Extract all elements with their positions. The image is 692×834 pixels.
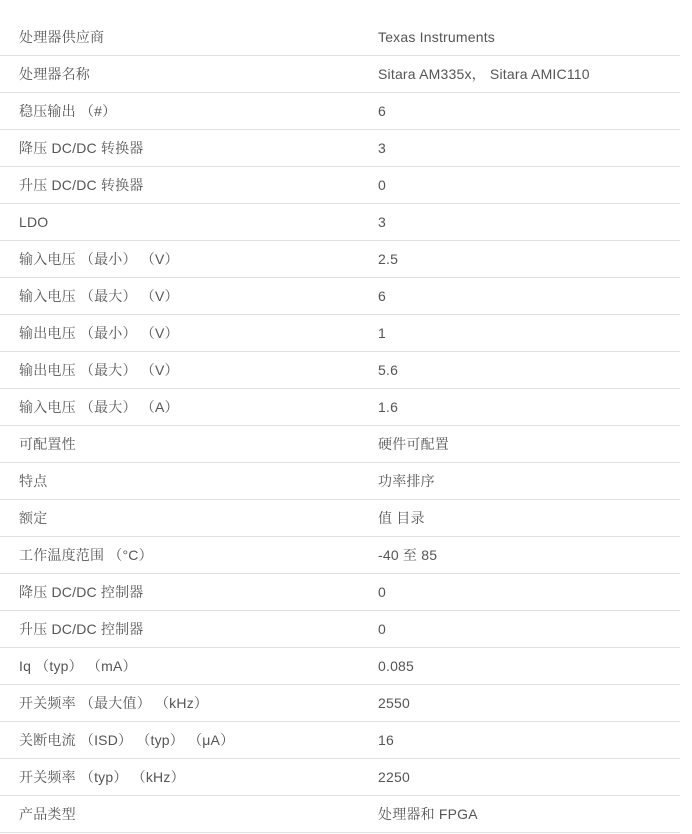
spec-table-row: 稳压输出 （#） 6 <box>0 93 680 130</box>
spec-value: 2.5 <box>378 251 680 267</box>
spec-label: 可配置性 <box>0 434 378 454</box>
spec-label: 输出电压 （最大） （V） <box>0 360 378 380</box>
spec-label: 升压 DC/DC 转换器 <box>0 175 378 195</box>
spec-value: 0 <box>378 621 680 637</box>
spec-table-row: 降压 DC/DC 转换器 3 <box>0 130 680 167</box>
spec-label: 输入电压 （最大） （A） <box>0 397 378 417</box>
spec-value: 2550 <box>378 695 680 711</box>
spec-value: 1 <box>378 325 680 341</box>
spec-table-row: 降压 DC/DC 控制器 0 <box>0 574 680 611</box>
spec-table-row: 输入电压 （最大） （A） 1.6 <box>0 389 680 426</box>
spec-label: 处理器名称 <box>0 64 378 84</box>
spec-value: 0.085 <box>378 658 680 674</box>
spec-value: 6 <box>378 288 680 304</box>
spec-table-row: 升压 DC/DC 转换器 0 <box>0 167 680 204</box>
spec-value: Texas Instruments <box>378 29 680 45</box>
spec-label: 降压 DC/DC 控制器 <box>0 582 378 602</box>
spec-table-row: 额定 值 目录 <box>0 500 680 537</box>
spec-label: Iq （typ） （mA） <box>0 656 378 676</box>
spec-label: 升压 DC/DC 控制器 <box>0 619 378 639</box>
spec-value: 3 <box>378 214 680 230</box>
spec-value: -40 至 85 <box>378 545 680 565</box>
spec-value: 6 <box>378 103 680 119</box>
spec-table-row: 开关频率 （typ） （kHz） 2250 <box>0 759 680 796</box>
spec-value: 3 <box>378 140 680 156</box>
spec-label: 输出电压 （最小） （V） <box>0 323 378 343</box>
spec-table-row: 输入电压 （最小） （V） 2.5 <box>0 241 680 278</box>
spec-label: 输入电压 （最小） （V） <box>0 249 378 269</box>
spec-table-row: LDO 3 <box>0 204 680 241</box>
spec-label: 特点 <box>0 471 378 491</box>
spec-table-row: Iq （typ） （mA） 0.085 <box>0 648 680 685</box>
spec-value: 功率排序 <box>378 471 680 491</box>
spec-value: Sitara AM335x， Sitara AMIC110 <box>378 64 680 84</box>
spec-table-row: 关断电流 （ISD） （typ） （μA） 16 <box>0 722 680 759</box>
spec-value: 1.6 <box>378 399 680 415</box>
spec-value: 值 目录 <box>378 508 680 528</box>
spec-label: 稳压输出 （#） <box>0 101 378 121</box>
spec-table-row: 输出电压 （最小） （V） 1 <box>0 315 680 352</box>
spec-value: 5.6 <box>378 362 680 378</box>
spec-label: 额定 <box>0 508 378 528</box>
spec-table-row: 产品类型 处理器和 FPGA <box>0 796 680 833</box>
spec-label: 开关频率 （typ） （kHz） <box>0 767 378 787</box>
spec-table-row: 工作温度范围 （°C） -40 至 85 <box>0 537 680 574</box>
spec-label: 处理器供应商 <box>0 27 378 47</box>
spec-value: 硬件可配置 <box>378 434 680 454</box>
spec-label: 开关频率 （最大值） （kHz） <box>0 693 378 713</box>
spec-label: 降压 DC/DC 转换器 <box>0 138 378 158</box>
spec-table-row: 输出电压 （最大） （V） 5.6 <box>0 352 680 389</box>
spec-table-row: 可配置性 硬件可配置 <box>0 426 680 463</box>
spec-table-row: 处理器供应商 Texas Instruments <box>0 19 680 56</box>
spec-value: 0 <box>378 177 680 193</box>
spec-value: 2250 <box>378 769 680 785</box>
spec-page: 处理器供应商 Texas Instruments 处理器名称 Sitara AM… <box>0 0 692 834</box>
spec-table: 处理器供应商 Texas Instruments 处理器名称 Sitara AM… <box>0 19 680 833</box>
spec-label: 关断电流 （ISD） （typ） （μA） <box>0 730 378 750</box>
spec-label: 工作温度范围 （°C） <box>0 545 378 565</box>
spec-table-row: 开关频率 （最大值） （kHz） 2550 <box>0 685 680 722</box>
spec-label: LDO <box>0 214 378 230</box>
spec-table-row: 输入电压 （最大） （V） 6 <box>0 278 680 315</box>
spec-value: 0 <box>378 584 680 600</box>
spec-label: 产品类型 <box>0 804 378 824</box>
spec-label: 输入电压 （最大） （V） <box>0 286 378 306</box>
spec-table-row: 特点 功率排序 <box>0 463 680 500</box>
spec-value: 16 <box>378 732 680 748</box>
spec-table-row: 升压 DC/DC 控制器 0 <box>0 611 680 648</box>
spec-value: 处理器和 FPGA <box>378 804 680 824</box>
spec-table-row: 处理器名称 Sitara AM335x， Sitara AMIC110 <box>0 56 680 93</box>
